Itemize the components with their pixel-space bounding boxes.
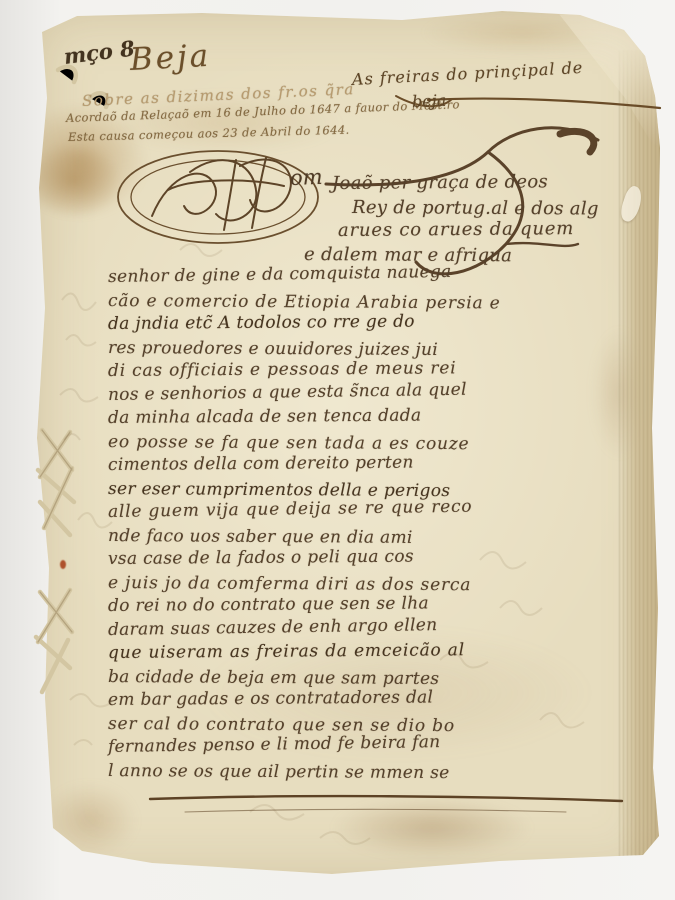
manuscript-line: vsa case de la fados o peli qua cos [108,544,620,572]
manuscript-line: l anno se os que ail pertin se mmen se [108,760,620,787]
manuscript-line: Joaõ per graça de deos [332,170,620,196]
manuscript-line: cimentos della com dereito perten [108,450,620,478]
manuscript-line: senhor de gine e da comquista nauega [108,258,620,289]
place-title: Beja [129,38,212,78]
manuscript-line: em bar gadas e os contratadores dal [108,685,620,713]
right-note-line2: beja [412,91,447,111]
manuscript-text-block: Joaõ per graça de deos Rey de portug.al … [108,172,620,783]
manuscript-line: da minha alcada de sen tenca dada [108,403,620,431]
manuscript-line: que uiseram as freiras da emceicão al [108,638,620,666]
manuscript-line: da jndia etc̃ A todolos co rre ge do [108,309,620,337]
photo-of-manuscript: mço 8 Beja Sobre as dizimas dos fr.os q̃… [0,0,675,900]
manuscript-line: arues co arues da quem [338,217,620,243]
